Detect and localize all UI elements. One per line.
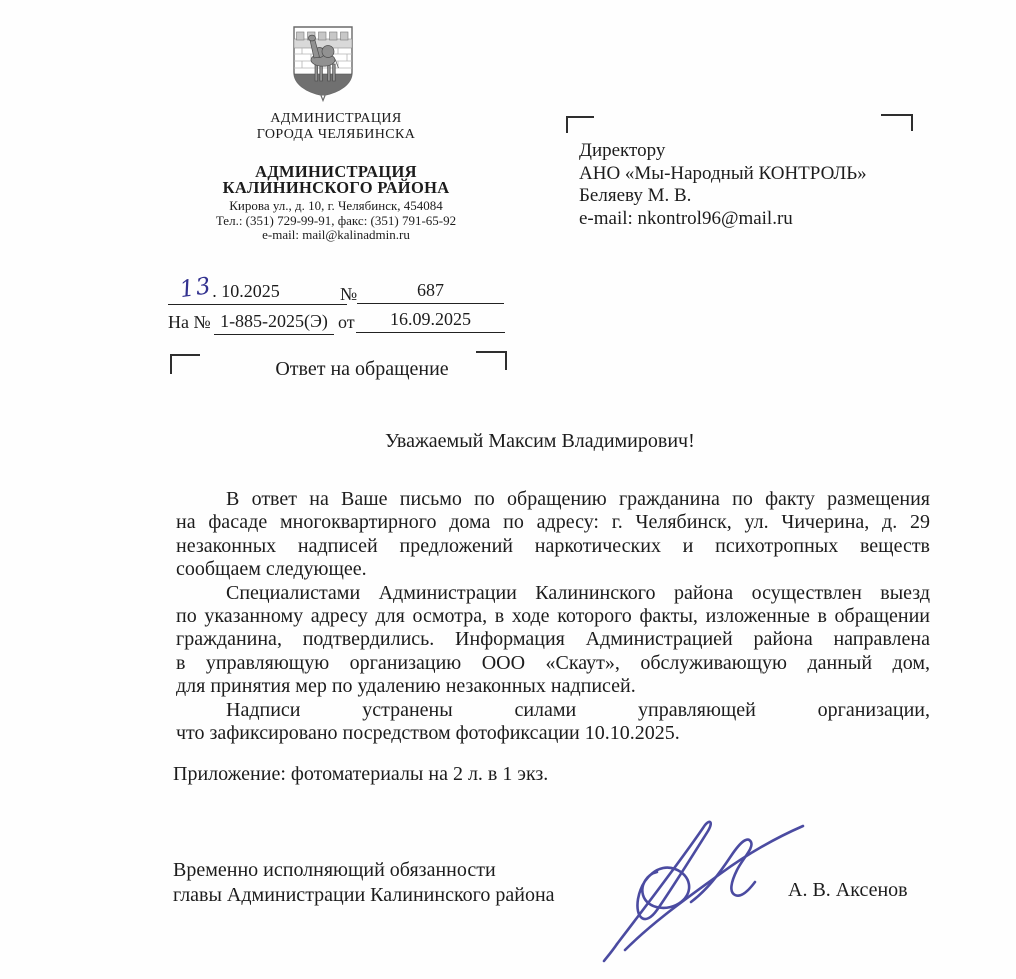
scanned-letter-page: АДМИНИСТРАЦИЯ ГОРОДА ЧЕЛЯБИНСКА АДМИНИСТ… — [0, 0, 1016, 979]
body-line: для принятия мер по удалению незаконных … — [176, 675, 930, 698]
recipient-block: Директору АНО «Мы-Народный КОНТРОЛЬ» Бел… — [579, 140, 919, 230]
org-email: e-mail: mail@kalinadmin.ru — [135, 228, 537, 243]
parent-org-line1: АДМИНИСТРАЦИЯ — [155, 111, 517, 127]
outgoing-date-field: 13. 10.2025 — [168, 277, 347, 305]
corner-mark-recipient-right — [881, 114, 913, 131]
outgoing-date-printed: . 10.2025 — [212, 281, 280, 301]
corner-mark-subject-right — [476, 351, 507, 370]
signer-position-line2: главы Администрации Калининского района — [173, 883, 653, 908]
body-line: гражданина, подтвердились. Информация Ад… — [176, 628, 930, 651]
org-phone-fax: Тел.: (351) 729-99-91, факс: (351) 791-6… — [135, 214, 537, 229]
corner-mark-recipient-left — [566, 116, 594, 133]
number-sign-label: № — [340, 284, 357, 304]
subject-line: Ответ на обращение — [272, 358, 452, 381]
incoming-date-field: 16.09.2025 — [356, 306, 505, 333]
chelyabinsk-coat-of-arms-icon — [290, 24, 356, 102]
letter-body: В ответ на Ваше письмо по обращению граж… — [176, 488, 930, 745]
attachment-line: Приложение: фотоматериалы на 2 л. в 1 эк… — [173, 763, 548, 786]
recipient-organization: АНО «Мы-Народный КОНТРОЛЬ» — [579, 163, 919, 186]
body-line: в управляющую организацию ООО «Скаут», о… — [176, 652, 930, 675]
signer-name: А. В. Аксенов — [788, 879, 908, 902]
from-label: от — [338, 312, 355, 332]
recipient-position: Директору — [579, 140, 919, 163]
body-line: Надписи устранены силами управляющей орг… — [176, 699, 930, 722]
body-line: незаконных надписей предложений наркотич… — [176, 535, 930, 558]
handwritten-date-day: 13 — [178, 273, 214, 303]
body-line: сообщаем следующее. — [176, 558, 930, 581]
org-contacts: Кирова ул., д. 10, г. Челябинск, 454084 … — [135, 199, 537, 243]
recipient-person: Беляеву М. В. — [579, 185, 919, 208]
body-line: Специалистами Администрации Калининского… — [176, 582, 930, 605]
signer-position-line1: Временно исполняющий обязанности — [173, 858, 653, 883]
recipient-email: e-mail: nkontrol96@mail.ru — [579, 208, 919, 231]
body-line: на фасаде многоквартирного дома по адрес… — [176, 511, 930, 534]
body-line: В ответ на Ваше письмо по обращению граж… — [176, 488, 930, 511]
district-org-name: АДМИНИСТРАЦИЯ КАЛИНИНСКОГО РАЙОНА — [155, 164, 517, 196]
outgoing-number-field: 687 — [357, 277, 504, 304]
body-line: по указанному адресу для осмотра, в ходе… — [176, 605, 930, 628]
corner-mark-subject-left — [170, 354, 200, 374]
salutation: Уважаемый Максим Владимирович! — [385, 430, 695, 453]
reply-prefix-label: На № — [168, 312, 211, 332]
incoming-number-field: 1-885-2025(Э) — [214, 308, 334, 335]
parent-org-line2: ГОРОДА ЧЕЛЯБИНСКА — [155, 127, 517, 143]
signer-position: Временно исполняющий обязанности главы А… — [173, 858, 653, 908]
district-org-line2: КАЛИНИНСКОГО РАЙОНА — [155, 180, 517, 196]
body-line: что зафиксировано посредством фотофиксац… — [176, 722, 930, 745]
parent-org-name: АДМИНИСТРАЦИЯ ГОРОДА ЧЕЛЯБИНСКА — [155, 111, 517, 142]
org-address: Кирова ул., д. 10, г. Челябинск, 454084 — [135, 199, 537, 214]
